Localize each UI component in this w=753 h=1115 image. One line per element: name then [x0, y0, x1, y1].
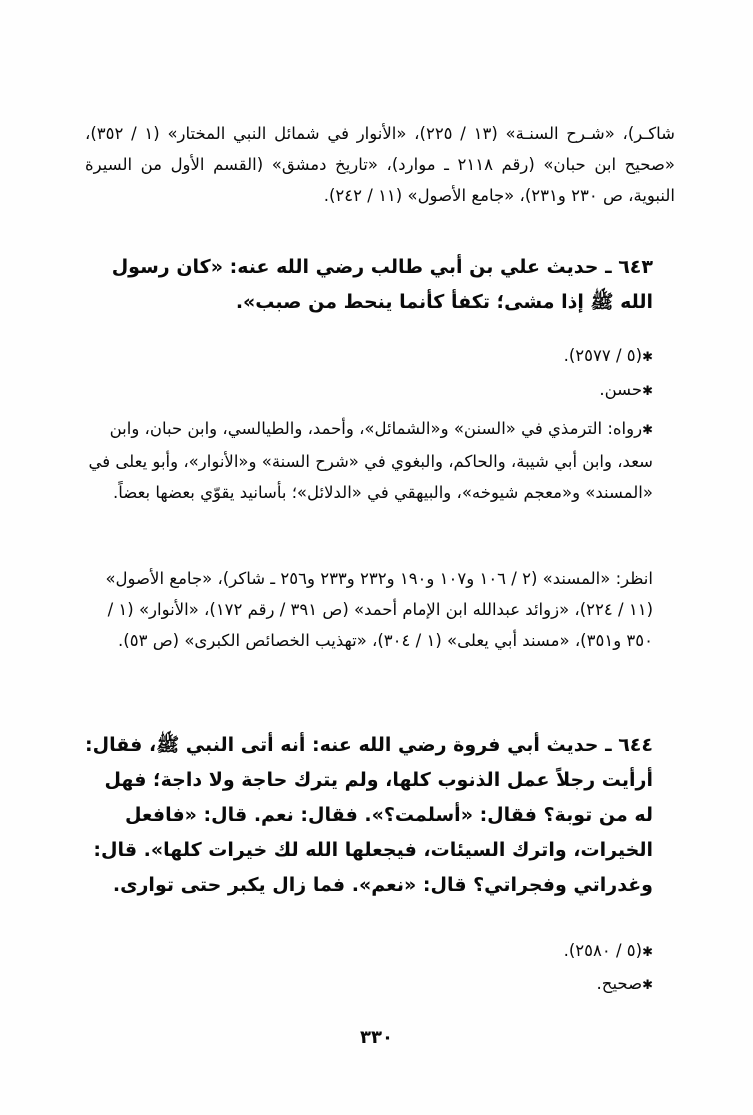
- hadith-644-ref-block: (٥ / ٢٥٨٠).: [85, 935, 675, 968]
- hadith-643-ref: (٥ / ٢٥٧٧).: [85, 340, 675, 373]
- hadith-643-see-also: انظر: «المسند» (٢ / ١٠٦ و١٠٧ و١٩٠ و٢٣٢ و…: [85, 563, 675, 656]
- hadith-643-grade-block: حسن.: [85, 374, 675, 407]
- page-number: ٣٣٠: [0, 1027, 753, 1048]
- hadith-643: ٦٤٣ ـ حديث علي بن أبي طالب رضي الله عنه:…: [85, 250, 675, 320]
- hadith-643-narrators: رواه: الترمذي في «السنن» و«الشمائل»، وأح…: [85, 413, 675, 508]
- hadith-643-ref-block: (٥ / ٢٥٧٧).: [85, 340, 675, 373]
- hadith-643-text: ٦٤٣ ـ حديث علي بن أبي طالب رضي الله عنه:…: [85, 250, 675, 320]
- hadith-643-grade: حسن.: [85, 374, 675, 407]
- hadith-643-see-also-block: انظر: «المسند» (٢ / ١٠٦ و١٠٧ و١٩٠ و٢٣٢ و…: [85, 563, 675, 656]
- hadith-644-ref: (٥ / ٢٥٨٠).: [85, 935, 675, 968]
- hadith-643-narrators-block: رواه: الترمذي في «السنن» و«الشمائل»، وأح…: [85, 413, 675, 508]
- hadith-644-grade: صحيح.: [85, 968, 675, 1001]
- hadith-644-text: ٦٤٤ ـ حديث أبي فروة رضي الله عنه: أنه أت…: [85, 728, 675, 903]
- continuation-paragraph: شاكـر)، «شـرح السنـة» (١٣ / ٢٢٥)، «الأنو…: [85, 118, 675, 211]
- hadith-644-grade-block: صحيح.: [85, 968, 675, 1001]
- hadith-644: ٦٤٤ ـ حديث أبي فروة رضي الله عنه: أنه أت…: [85, 728, 675, 903]
- page-body: شاكـر)، «شـرح السنـة» (١٣ / ٢٢٥)، «الأنو…: [85, 118, 675, 211]
